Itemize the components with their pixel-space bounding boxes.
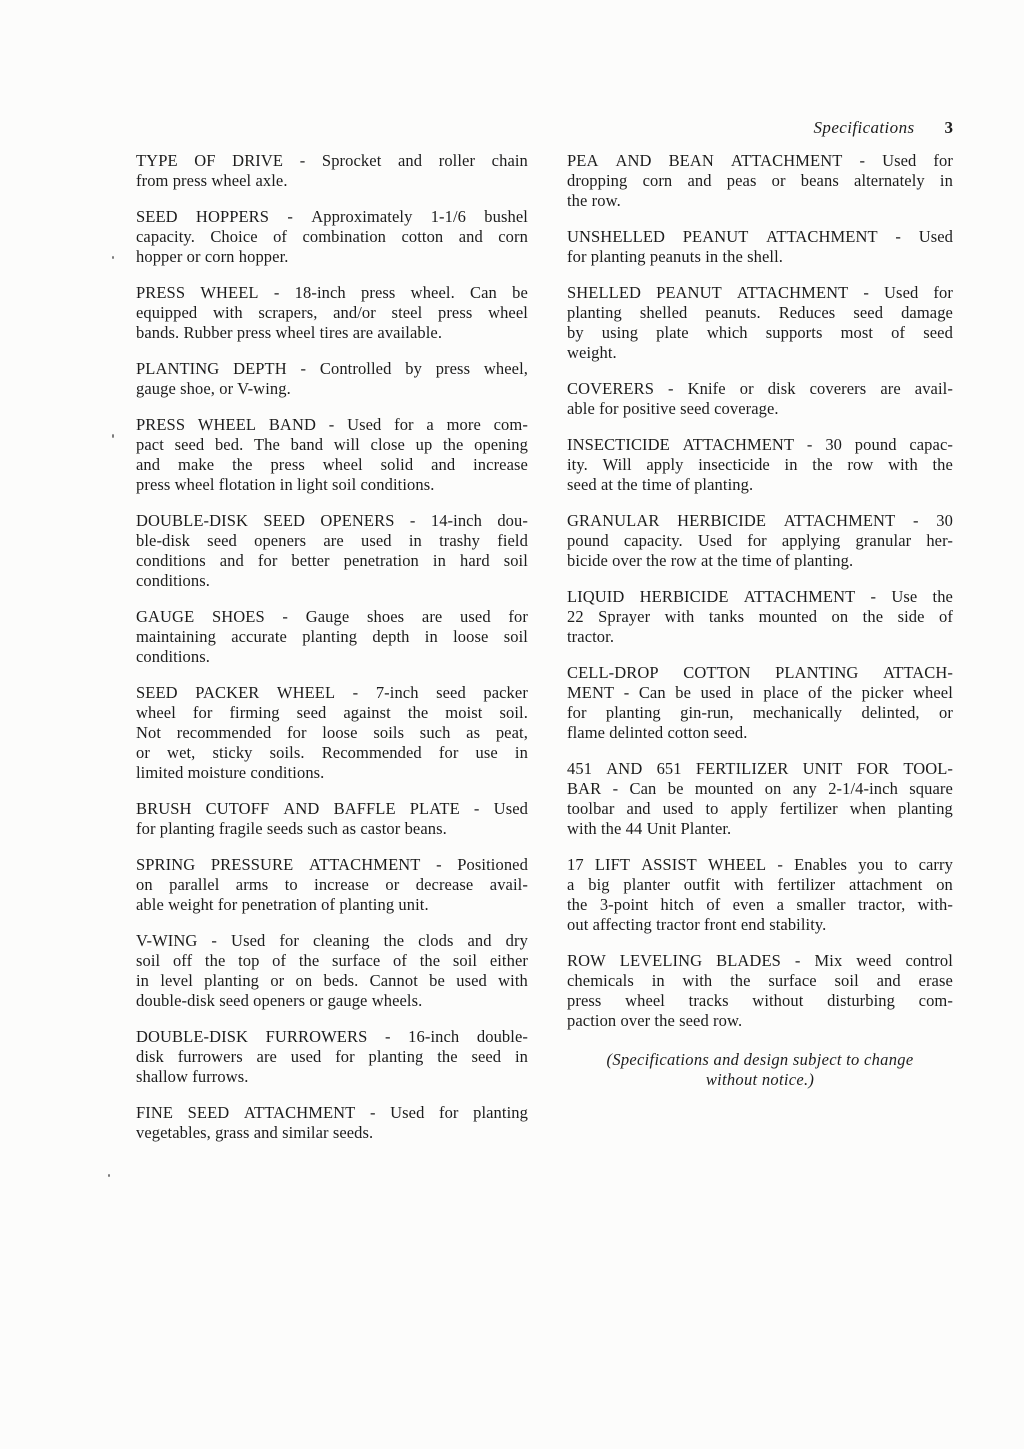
text-line: PLANTINGDEPTH-Controlledbypresswheel, (136, 359, 528, 379)
text-line: wheelforfirmingseedagainstthemoistsoil. (136, 703, 528, 723)
text-line: hopper or corn hopper. (136, 247, 528, 267)
paragraph: COVERERS-Knifeordiskcoverersareavail-abl… (567, 379, 953, 419)
text-line: 451AND651FERTILIZERUNITFORTOOL- (567, 759, 953, 779)
text-line: ROWLEVELINGBLADES-Mixweedcontrol (567, 951, 953, 971)
text-line: andmakethepresswheelsolidandincrease (136, 455, 528, 475)
text-line: the3-pointhitchofevenasmallertractor,wit… (567, 895, 953, 915)
text-line: out affecting tractor front end stabilit… (567, 915, 953, 935)
text-line: diskfurrowersareusedforplantingtheseedin (136, 1047, 528, 1067)
text-line: PEAANDBEANATTACHMENT-Usedfor (567, 151, 953, 171)
text-line: bands. Rubber press wheel tires are avai… (136, 323, 528, 343)
change-notice-footnote: (Specifications and design subject to ch… (567, 1050, 953, 1090)
left-column: TYPEOFDRIVE-Sprocketandrollerchainfrom p… (136, 151, 528, 1159)
text-line: conditions. (136, 647, 528, 667)
text-line: gauge shoe, or V-wing. (136, 379, 528, 399)
text-line: conditionsandforbetterpenetrationinhards… (136, 551, 528, 571)
text-line: presswheeltrackswithoutdisturbingcom- (567, 991, 953, 1011)
paragraph: UNSHELLEDPEANUTATTACHMENT-Usedfor planti… (567, 227, 953, 267)
paragraph: V-WING-Usedforcleaningtheclodsanddrysoil… (136, 931, 528, 1011)
text-line: droppingcornandpeasorbeansalternatelyin (567, 171, 953, 191)
paragraph: SEEDPACKERWHEEL-7-inchseedpackerwheelfor… (136, 683, 528, 783)
text-line: for planting fragile seeds such as casto… (136, 819, 528, 839)
text-line: maintainingaccurateplantingdepthinlooses… (136, 627, 528, 647)
paragraph: SPRINGPRESSUREATTACHMENT-Positionedonpar… (136, 855, 528, 915)
text-line: TYPEOFDRIVE-Sprocketandrollerchain (136, 151, 528, 171)
text-line: flame delinted cotton seed. (567, 723, 953, 743)
text-line: the row. (567, 191, 953, 211)
text-line: poundcapacity.Usedforapplyinggranularher… (567, 531, 953, 551)
text-line: bicide over the row at the time of plant… (567, 551, 953, 571)
text-line: SEEDHOPPERS-Approximately1-1/6bushel (136, 207, 528, 227)
text-line: weight. (567, 343, 953, 363)
page-number: 3 (945, 117, 954, 139)
paragraph: ROWLEVELINGBLADES-Mixweedcontrolchemical… (567, 951, 953, 1031)
text-line: 22Sprayerwithtanksmountedonthesideof (567, 607, 953, 627)
text-line: Notrecommendedforloosesoilssuchaspeat, (136, 723, 528, 743)
text-line: PRESSWHEELBAND-Usedforamorecom- (136, 415, 528, 435)
text-line: abigplanteroutfitwithfertilizerattachmen… (567, 875, 953, 895)
text-line: 17LIFTASSISTWHEEL-Enablesyoutocarry (567, 855, 953, 875)
manual-page: Specifications 3 TYPEOFDRIVE-Sprocketand… (0, 0, 1024, 1449)
running-head-title: Specifications (814, 117, 915, 139)
paragraph: CELL-DROPCOTTONPLANTINGATTACH-MENT-Canbe… (567, 663, 953, 743)
text-line: limited moisture conditions. (136, 763, 528, 783)
text-line: SHELLEDPEANUTATTACHMENT-Usedfor (567, 283, 953, 303)
text-line: MENT-Canbeusedinplaceofthepickerwheel (567, 683, 953, 703)
paragraph: GAUGESHOES-Gaugeshoesareusedformaintaini… (136, 607, 528, 667)
paragraph: PEAANDBEANATTACHMENT-Usedfordroppingcorn… (567, 151, 953, 211)
paragraph: LIQUIDHERBICIDEATTACHMENT-Usethe22Spraye… (567, 587, 953, 647)
text-line: COVERERS-Knifeordiskcoverersareavail- (567, 379, 953, 399)
text-line: GRANULARHERBICIDEATTACHMENT-30 (567, 511, 953, 531)
text-line: able weight for penetration of planting … (136, 895, 528, 915)
text-line: SPRINGPRESSUREATTACHMENT-Positioned (136, 855, 528, 875)
paragraph: PLANTINGDEPTH-Controlledbypresswheel,gau… (136, 359, 528, 399)
footnote-line: without notice.) (567, 1070, 953, 1090)
text-line: vegetables, grass and similar seeds. (136, 1123, 528, 1143)
text-line: seed at the time of planting. (567, 475, 953, 495)
text-line: from press wheel axle. (136, 171, 528, 191)
paragraph: TYPEOFDRIVE-Sprocketandrollerchainfrom p… (136, 151, 528, 191)
text-line: BAR-Canbemountedonany2-1/4-inchsquare (567, 779, 953, 799)
text-line: paction over the seed row. (567, 1011, 953, 1031)
text-line: able for positive seed coverage. (567, 399, 953, 419)
paragraph: SEEDHOPPERS-Approximately1-1/6bushelcapa… (136, 207, 528, 267)
text-line: plantingshelledpeanuts.Reducesseeddamage (567, 303, 953, 323)
page-header: Specifications 3 (567, 117, 953, 139)
text-line: ity.Willapplyinsecticideintherowwiththe (567, 455, 953, 475)
text-line: conditions. (136, 571, 528, 591)
paragraph: PRESSWHEEL-18-inchpresswheel.Canbeequipp… (136, 283, 528, 343)
text-line: FINESEEDATTACHMENT-Usedforplanting (136, 1103, 528, 1123)
text-line: press wheel flotation in light soil cond… (136, 475, 528, 495)
text-line: UNSHELLEDPEANUTATTACHMENT-Used (567, 227, 953, 247)
text-line: V-WING-Usedforcleaningtheclodsanddry (136, 931, 528, 951)
text-line: shallow furrows. (136, 1067, 528, 1087)
text-line: forplantinggin-run,mechanicallydelinted,… (567, 703, 953, 723)
paragraph: PRESSWHEELBAND-Usedforamorecom-pactseedb… (136, 415, 528, 495)
text-line: tractor. (567, 627, 953, 647)
paragraph: DOUBLE-DISKSEEDOPENERS-14-inchdou-ble-di… (136, 511, 528, 591)
text-line: LIQUIDHERBICIDEATTACHMENT-Usethe (567, 587, 953, 607)
text-line: double-disk seed openers or gauge wheels… (136, 991, 528, 1011)
text-line: pactseedbed.Thebandwillcloseuptheopening (136, 435, 528, 455)
scan-speck (108, 1174, 110, 1177)
text-line: PRESSWHEEL-18-inchpresswheel.Canbe (136, 283, 528, 303)
text-line: inlevelplantingoronbeds.Cannotbeusedwith (136, 971, 528, 991)
text-line: byusingplatewhichsupportsmostofseed (567, 323, 953, 343)
text-line: soiloffthetopofthesurfaceofthesoileither (136, 951, 528, 971)
text-line: DOUBLE-DISKSEEDOPENERS-14-inchdou- (136, 511, 528, 531)
text-line: DOUBLE-DISKFURROWERS-16-inchdouble- (136, 1027, 528, 1047)
text-line: toolbarandusedtoapplyfertilizerwhenplant… (567, 799, 953, 819)
paragraph: 17LIFTASSISTWHEEL-Enablesyoutocarryabigp… (567, 855, 953, 935)
text-line: INSECTICIDEATTACHMENT-30poundcapac- (567, 435, 953, 455)
text-line: ble-diskseedopenersareusedintrashyfield (136, 531, 528, 551)
scan-speck (112, 434, 114, 438)
right-column: PEAANDBEANATTACHMENT-Usedfordroppingcorn… (567, 151, 953, 1090)
text-line: for planting peanuts in the shell. (567, 247, 953, 267)
paragraph: GRANULARHERBICIDEATTACHMENT-30poundcapac… (567, 511, 953, 571)
text-line: GAUGESHOES-Gaugeshoesareusedfor (136, 607, 528, 627)
paragraph: SHELLEDPEANUTATTACHMENT-Usedforplantings… (567, 283, 953, 363)
text-line: orwet,stickysoils.Recommendedforusein (136, 743, 528, 763)
footnote-line: (Specifications and design subject to ch… (567, 1050, 953, 1070)
paragraph: DOUBLE-DISKFURROWERS-16-inchdouble-diskf… (136, 1027, 528, 1087)
text-line: with the 44 Unit Planter. (567, 819, 953, 839)
text-line: capacity.Choiceofcombinationcottonandcor… (136, 227, 528, 247)
paragraph: FINESEEDATTACHMENT-Usedforplantingvegeta… (136, 1103, 528, 1143)
text-line: CELL-DROPCOTTONPLANTINGATTACH- (567, 663, 953, 683)
paragraph: 451AND651FERTILIZERUNITFORTOOL-BAR-Canbe… (567, 759, 953, 839)
scan-speck (112, 256, 114, 259)
text-line: onparallelarmstoincreaseordecreaseavail- (136, 875, 528, 895)
text-line: SEEDPACKERWHEEL-7-inchseedpacker (136, 683, 528, 703)
text-line: equippedwithscrapers,and/orsteelpresswhe… (136, 303, 528, 323)
paragraph: INSECTICIDEATTACHMENT-30poundcapac-ity.W… (567, 435, 953, 495)
text-line: chemicalsinwiththesurfacesoilanderase (567, 971, 953, 991)
paragraph: BRUSHCUTOFFANDBAFFLEPLATE-Usedfor planti… (136, 799, 528, 839)
text-line: BRUSHCUTOFFANDBAFFLEPLATE-Used (136, 799, 528, 819)
